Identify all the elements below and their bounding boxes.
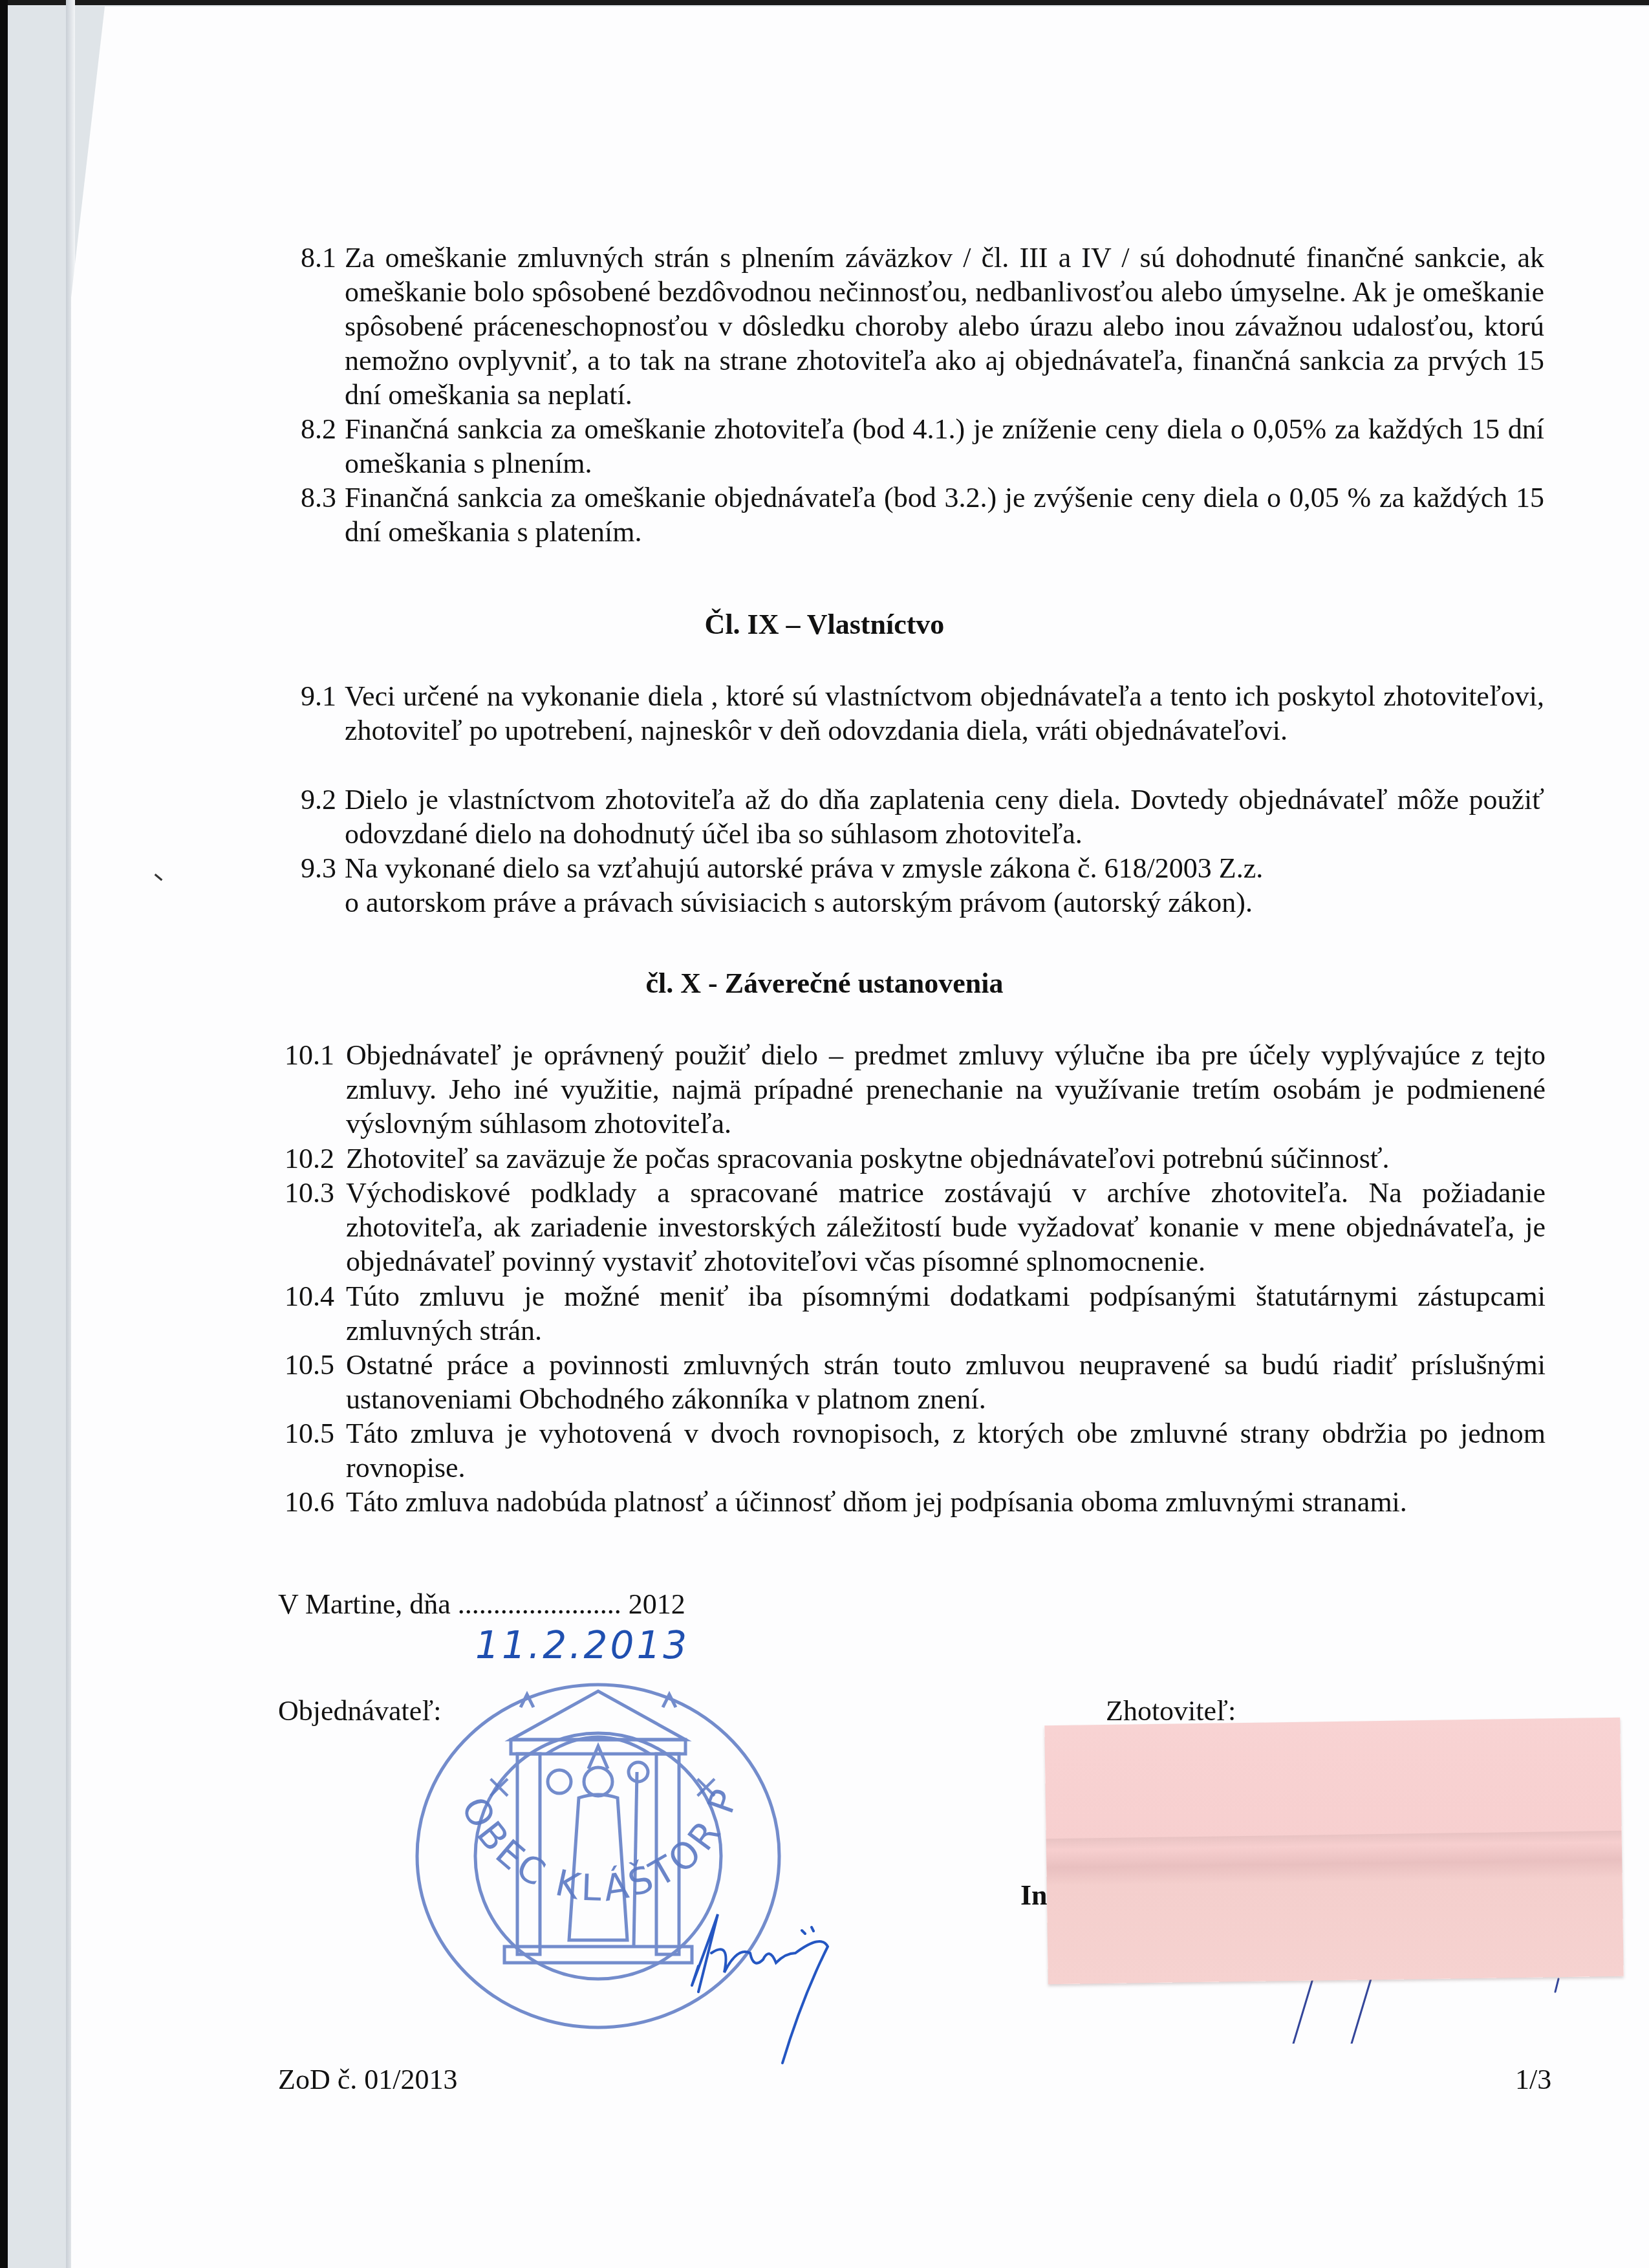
clause-text: Východiskové podklady a spracované matri… [346,1176,1546,1279]
clause-text: Táto zmluva nadobúda platnosť a účinnosť… [346,1485,1546,1519]
clause-text: Dielo je vlastníctvom zhotoviteľa až do … [345,783,1544,851]
clause-text: Táto zmluva je vyhotovená v dvoch rovnop… [346,1416,1546,1485]
clause-number: 10.2 [285,1141,349,1176]
pen-mark [155,874,163,881]
clause-number: 10.4 [285,1279,349,1313]
sticky-note-redaction [1044,1718,1623,1984]
clause-text: Na vykonané dielo sa vzťahujú autorské p… [345,851,1282,920]
clause-text: Finančná sankcia za omeškanie zhotoviteľ… [345,412,1544,481]
clause-text: Veci určené na vykonanie diela , ktoré s… [345,679,1544,748]
document-page: 8.1 Za omeškanie zmluvných strán s plnen… [0,0,1649,2268]
clause-text: Zhotoviteľ sa zaväzuje že počas spracova… [346,1141,1546,1176]
article-heading-x: čl. X - Záverečné ustanovenia [0,967,1649,1000]
clause-text: Ostatné práce a povinnosti zmluvných str… [346,1348,1546,1416]
clause-number: 10.5 [285,1348,349,1382]
page-number: 1/3 [1515,2063,1551,2096]
clause-number: 10.6 [285,1485,349,1519]
clause-text: Túto zmluvu je možné meniť iba písomnými… [346,1279,1546,1348]
client-signature-icon [673,1856,854,2069]
document-reference: ZoD č. 01/2013 [278,2063,457,2096]
clause-number: 10.1 [285,1038,349,1072]
sticky-note-fold [1046,1831,1622,1850]
article-heading-ix: Čl. IX – Vlastníctvo [0,608,1649,641]
clause-number: 10.3 [285,1176,349,1210]
clause-text: Finančná sankcia za omeškanie objednávat… [345,481,1544,549]
place-and-date: V Martine, dňa ....................... 2… [278,1588,685,1621]
contractor-label: Zhotoviteľ: [1106,1694,1236,1727]
clause-text: Objednávateľ je oprávnený použiť dielo –… [346,1038,1546,1141]
clause-text: Za omeškanie zmluvných strán s plnením z… [345,241,1544,412]
clause-number: 10.5 [285,1416,349,1451]
